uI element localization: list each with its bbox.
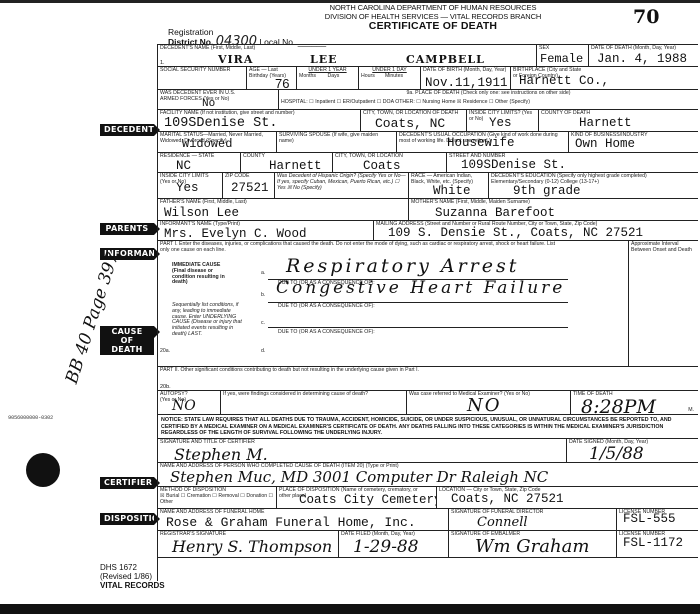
row-disposition: METHOD OF DISPOSITION ☒ Burial ☐ Cremati… — [158, 486, 698, 509]
zip-code: 27521 — [231, 182, 269, 195]
informant-name-field: INFORMANT'S NAME (Type/Print) Mrs. Evely… — [158, 221, 373, 241]
serial-number: 9056000000-0302 — [8, 414, 53, 421]
inside-city-limits-field: INSIDE CITY LIMITS? (Yes or No) Yes — [466, 110, 538, 132]
certifier-signature: Stephen M. — [174, 445, 268, 463]
form-revised: (Revised 1/86) — [100, 572, 165, 581]
part-1-field: PART I. Enter the diseases, injuries, or… — [158, 241, 628, 367]
row-registrar: REGISTRAR'S SIGNATURE Henry S. Thompson … — [158, 530, 698, 558]
date-filed: 1-29-88 — [353, 537, 419, 557]
scan-bottom-edge — [0, 604, 700, 614]
certifier-name-address-field: NAME AND ADDRESS OF PERSON WHO COMPLETED… — [158, 463, 698, 485]
embalmer-signature: Wm Graham — [475, 536, 589, 557]
under-1-day-field: UNDER 1 DAY Hours Minutes — [358, 67, 420, 90]
medical-examiner-value: NO — [467, 395, 502, 415]
row-funeral-home: NAME AND ADDRESS OF FUNERAL HOME Rose & … — [158, 508, 698, 531]
place-of-death-options: HOSPITAL: ☐ Inpatient ☐ ER/Outpatient ☐ … — [281, 100, 696, 106]
hispanic-origin-field: Was Decedent of Hispanic Origin? (Specif… — [274, 173, 408, 199]
residence-inside-limits-field: INSIDE CITY LIMITS (Yes or No) Yes — [158, 173, 222, 199]
row-residence: RESIDENCE — STATE NC COUNTY Harnett CITY… — [158, 152, 698, 173]
education-field: DECEDENT'S EDUCATION (Specify only highe… — [488, 173, 698, 199]
interval-field: Approximate Interval Between Onset and D… — [628, 241, 698, 367]
sex-value: Female — [540, 53, 583, 66]
row-certifier-name: NAME AND ADDRESS OF PERSON WHO COMPLETED… — [158, 462, 698, 485]
residence-inside-limits: Yes — [176, 182, 199, 195]
vital-records-label: VITAL RECORDS — [100, 581, 165, 590]
county-of-death: Harnett — [579, 117, 632, 130]
autopsy-field: AUTOPSY? (Yes or No) NO — [158, 391, 220, 415]
funeral-home: Rose & Graham Funeral Home, Inc. — [166, 516, 416, 529]
inside-city-limits: Yes — [489, 117, 512, 130]
informant-address: 109 S. Densie St., Coats, NC 27521 — [388, 227, 643, 240]
street: 109SDenise St. — [461, 159, 566, 172]
business-field: KIND OF BUSINESS/INDUSTRY Own Home — [568, 132, 698, 153]
section-tab-cause-of-death: CAUSE OF DEATH — [100, 326, 154, 355]
business: Own Home — [575, 138, 635, 151]
street-field: STREET AND NUMBER 109SDenise St. — [446, 153, 698, 173]
license-1-field: LICENSE NUMBER FSL-555 — [616, 509, 698, 531]
disposition-method-field: METHOD OF DISPOSITION ☒ Burial ☐ Cremati… — [158, 487, 276, 509]
autopsy-value: NO — [172, 398, 196, 414]
section-tab-disposition: DISPOSITION — [100, 513, 154, 525]
county-of-death-field: COUNTY OF DEATH Harnett — [538, 110, 698, 132]
residence-state-field: RESIDENCE — STATE NC — [158, 153, 240, 173]
license-2-field: LICENSE NUMBER FSL-1172 — [616, 531, 698, 557]
funeral-director-field: SIGNATURE OF FUNERAL DIRECTOR Connell — [448, 509, 616, 531]
city-of-death: Coats, NC — [375, 117, 445, 130]
date-of-death: Jan. 4, 1988 — [597, 53, 687, 66]
decedent-name-field: DECEDENT'S NAME (First, Middle, Last) 1.… — [158, 45, 536, 67]
section-tab-parents: PARENTS — [100, 223, 154, 235]
row-name: DECEDENT'S NAME (First, Middle, Last) 1.… — [158, 44, 698, 67]
disposition-place: Coats City Cemetery — [299, 494, 436, 507]
date-filed-field: DATE FILED (Month, Day, Year) 1-29-88 — [338, 531, 448, 557]
row-age: SOCIAL SECURITY NUMBER AGE — Last Birthd… — [158, 66, 698, 90]
father-name-field: FATHER'S NAME (First, Middle, Last) Wils… — [158, 199, 408, 221]
findings-field: If yes, were findings considered in dete… — [220, 391, 406, 415]
occupation-field: DECEDENT'S USUAL OCCUPATION (Give kind o… — [396, 132, 568, 153]
place-of-death-field: 9a. PLACE OF DEATH (Check only one: see … — [278, 90, 698, 110]
city-of-death-field: CITY, TOWN, OR LOCATION OF DEATH Coats, … — [360, 110, 466, 132]
mother-name: Suzanna Barefoot — [435, 207, 555, 220]
punch-hole — [26, 453, 60, 487]
funeral-home-field: NAME AND ADDRESS OF FUNERAL HOME Rose & … — [158, 509, 448, 531]
cause-of-death-block: PART I. Enter the diseases, injuries, or… — [158, 240, 698, 367]
cause-b: Congestive Heart Failure — [276, 278, 565, 298]
surviving-spouse-field: SURVIVING SPOUSE (If wife, give maiden n… — [276, 132, 396, 153]
facility-value: 109SDenise St. — [164, 117, 277, 130]
book-page-annotation: BB 40 Page 397 — [62, 250, 123, 387]
facility-field: FACILITY NAME (If not institution, give … — [158, 110, 360, 132]
disposition-location-field: LOCATION — City or Town, State, Zip Code… — [436, 487, 698, 509]
embalmer-field: SIGNATURE OF EMBALMER Wm Graham — [448, 531, 616, 557]
section-tab-certifier: CERTIFIER — [100, 477, 154, 489]
row-facility: FACILITY NAME (If not institution, give … — [158, 109, 698, 132]
certificate-title: CERTIFICATE OF DEATH — [318, 22, 548, 31]
disposition-method-options: ☒ Burial ☐ Cremation ☐ Removal ☐ Donatio… — [160, 494, 274, 506]
medical-examiner-notice: NOTICE: STATE LAW REQUIRES THAT ALL DEAT… — [158, 415, 698, 439]
license-2: FSL-1172 — [623, 537, 683, 550]
age-field: AGE — Last Birthday (Years) 76 — [246, 67, 296, 90]
page-number: 70 — [633, 6, 659, 28]
certifier-signature-field: SIGNATURE AND TITLE OF CERTIFIER Stephen… — [158, 439, 566, 463]
date-signed-field: DATE SIGNED (Month, Day, Year) 1/5/88 — [566, 439, 698, 463]
part-2-field: PART II. Other significant conditions co… — [158, 366, 698, 391]
armed-forces-field: WAS DECEDENT EVER IN U.S. ARMED FORCES (… — [158, 90, 278, 110]
row-autopsy: AUTOPSY? (Yes or No) NO If yes, were fin… — [158, 390, 698, 415]
education: 9th grade — [513, 185, 581, 198]
row-certifier: SIGNATURE AND TITLE OF CERTIFIER Stephen… — [158, 438, 698, 463]
birthplace: Harnett Co., — [519, 75, 609, 88]
certificate-form: DECEDENT'S NAME (First, Middle, Last) 1.… — [157, 44, 698, 581]
funeral-director-signature: Connell — [477, 515, 528, 530]
zip-code-field: ZIP CODE 27521 — [222, 173, 274, 199]
marital-status: Widowed — [182, 138, 232, 151]
ssn-field: SOCIAL SECURITY NUMBER — [158, 67, 246, 90]
form-id-block: DHS 1672 (Revised 1/86) VITAL RECORDS — [100, 563, 165, 590]
date-of-death-field: DATE OF DEATH (Month, Day, Year) Jan. 4,… — [588, 45, 698, 67]
sex-field: SEX Female — [536, 45, 588, 67]
date-of-birth-field: DATE OF BIRTH (Month, Day, Year) Nov.11,… — [420, 67, 510, 90]
certificate-header: NORTH CAROLINA DEPARTMENT OF HUMAN RESOU… — [318, 4, 548, 31]
row-informant: INFORMANT'S NAME (Type/Print) Mrs. Evely… — [158, 220, 698, 241]
birthplace-field: BIRTHPLACE (City and State or Foreign Co… — [510, 67, 698, 90]
informant-address-field: MAILING ADDRESS (Street and Number or Ru… — [373, 221, 698, 241]
marital-status-field: MARITAL STATUS—Married, Never Married, W… — [158, 132, 276, 153]
mother-name-field: MOTHER'S NAME (First, Middle, Maiden Sur… — [408, 199, 698, 221]
race: White — [433, 185, 471, 198]
middle-name: LEE — [310, 53, 338, 66]
row-parents: FATHER'S NAME (First, Middle, Last) Wils… — [158, 198, 698, 221]
time-of-death: 8:28PM — [581, 396, 656, 415]
certifier-name-address: Stephen Muc, MD 3001 Computer Dr Raleigh… — [170, 468, 548, 485]
notice-box: NOTICE: STATE LAW REQUIRES THAT ALL DEAT… — [158, 414, 698, 439]
father-name: Wilson Lee — [164, 207, 239, 220]
form-id: DHS 1672 — [100, 563, 165, 572]
time-of-death-field: TIME OF DEATH 8:28PM M. — [570, 391, 698, 415]
medical-examiner-field: Was case referred to Medical Examiner? (… — [406, 391, 570, 415]
registrar-signature-field: REGISTRAR'S SIGNATURE Henry S. Thompson — [158, 531, 338, 557]
registrar-signature: Henry S. Thompson — [172, 537, 332, 556]
row-demographics: INSIDE CITY LIMITS (Yes or No) Yes ZIP C… — [158, 172, 698, 199]
section-tab-decedent: DECEDENT — [100, 124, 154, 136]
under-1-year-field: UNDER 1 YEAR Months Days — [296, 67, 358, 90]
row-armed-forces: WAS DECEDENT EVER IN U.S. ARMED FORCES (… — [158, 89, 698, 110]
cause-a: Respiratory Arrest — [286, 255, 519, 277]
residence-city-field: CITY, TOWN, OR LOCATION Coats — [332, 153, 446, 173]
row-marital: MARITAL STATUS—Married, Never Married, W… — [158, 131, 698, 153]
date-signed: 1/5/88 — [589, 444, 644, 463]
first-name: VIRA — [218, 53, 253, 66]
disposition-location: Coats, NC 27521 — [451, 493, 564, 506]
license-1: FSL-555 — [623, 513, 676, 526]
race-field: RACE — American Indian, Black, White, et… — [408, 173, 488, 199]
disposition-place-field: PLACE OF DISPOSITION (Name of cemetery, … — [276, 487, 436, 509]
last-name: CAMPBELL — [406, 53, 485, 66]
residence-county-field: COUNTY Harnett — [240, 153, 332, 173]
occupation: Housewife — [447, 137, 515, 150]
